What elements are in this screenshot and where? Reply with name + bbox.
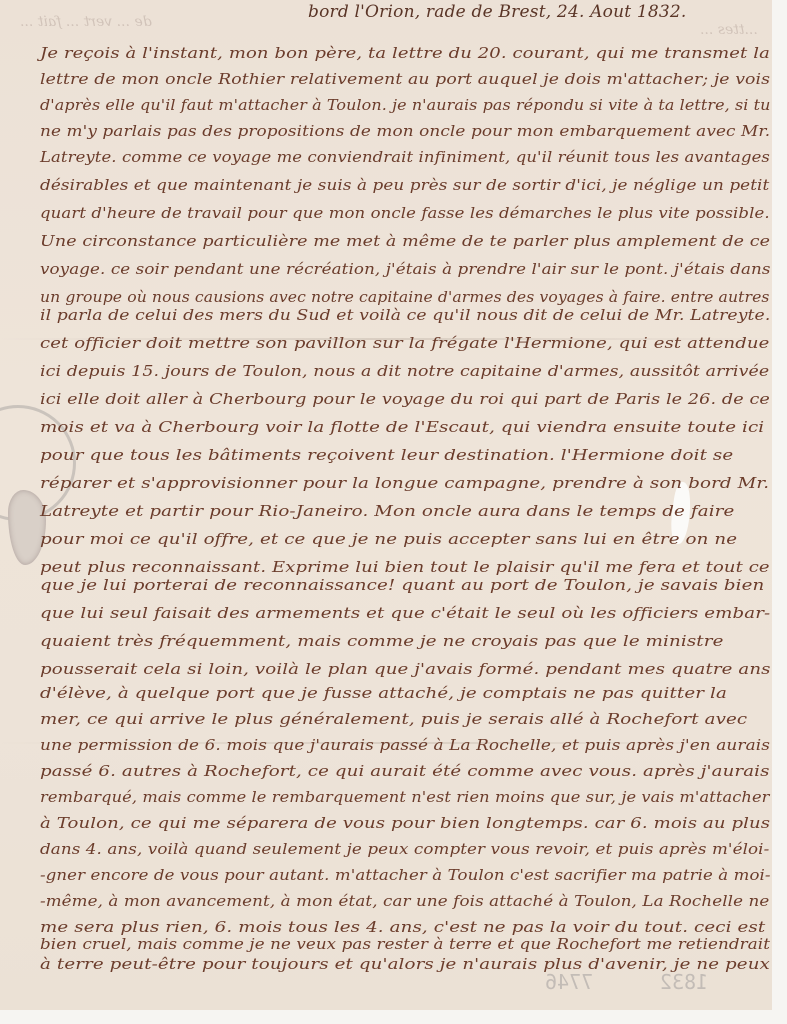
letter-line: il parla de celui des mers du Sud et voi… [40, 306, 770, 324]
letter-line: que lui seul faisait des armements et qu… [40, 604, 770, 622]
letter-line: ici elle doit aller à Cherbourg pour le … [40, 390, 770, 408]
ink-bleed-through: de ... vert ... fait ... [20, 14, 152, 30]
catalog-mark-bleed: 7746 [545, 970, 593, 994]
letter-heading-date-place: bord l'Orion, rade de Brest, 24. Aout 18… [308, 2, 687, 22]
letter-line: que je lui porterai de reconnaissance! q… [40, 576, 764, 594]
letter-line: pour moi ce qu'il offre, et ce que je ne… [40, 530, 737, 548]
letter-line: pousserait cela si loin, voilà le plan q… [40, 660, 771, 678]
letter-line: Je reçois à l'instant, mon bon père, ta … [40, 44, 770, 62]
letter-line: peut plus reconnaissant. Exprime lui bie… [40, 558, 770, 576]
letter-line: me sera plus rien, 6. mois tous les 4. a… [40, 918, 765, 936]
letter-line: quaient très fréquemment, mais comme je … [40, 632, 723, 650]
letter-line: quart d'heure de travail pour que mon on… [40, 204, 770, 222]
scan-background-right [772, 0, 787, 1024]
letter-line: d'élève, à quelque port que je fusse att… [40, 684, 727, 702]
letter-page: de ... vert ... fait ... ...ttes ... bor… [0, 0, 772, 1010]
letter-line: Une circonstance particulière me met à m… [40, 232, 770, 250]
letter-line: voyage. ce soir pendant une récréation, … [40, 260, 771, 278]
letter-line: passé 6. autres à Rochefort, ce qui aura… [40, 762, 770, 780]
letter-line: une permission de 6. mois que j'aurais p… [40, 736, 770, 754]
ink-bleed-through: ...ttes ... [700, 22, 758, 38]
catalog-mark-bleed: 1832 [660, 970, 708, 994]
letter-line: -gner encore de vous pour autant. m'atta… [40, 866, 771, 884]
letter-line: -même, à mon avancement, à mon état, car… [40, 892, 769, 910]
letter-line: réparer et s'approvisionner pour la long… [40, 474, 769, 492]
letter-line: cet officier doit mettre son pavillon su… [40, 334, 769, 352]
letter-line: à Toulon, ce qui me séparera de vous pou… [40, 814, 770, 832]
letter-line: rembarqué, mais comme le rembarquement n… [40, 788, 769, 806]
letter-line: mois et va à Cherbourg voir la flotte de… [40, 418, 764, 436]
letter-line: Latreyte et partir pour Rio-Janeiro. Mon… [40, 502, 734, 520]
letter-line: ici depuis 15. jours de Toulon, nous a d… [40, 362, 769, 380]
letter-line: dans 4. ans, voilà quand seulement je pe… [40, 840, 769, 858]
scan-background-bottom [0, 1010, 787, 1024]
letter-line: bien cruel, mais comme je ne veux pas re… [40, 935, 770, 953]
letter-line: lettre de mon oncle Rothier relativement… [40, 70, 770, 88]
letter-line: d'après elle qu'il faut m'attacher à Tou… [40, 96, 771, 114]
letter-line: ne m'y parlais pas des propositions de m… [40, 122, 770, 140]
letter-line: mer, ce qui arrive le plus généralement,… [40, 710, 747, 728]
letter-line: Latreyte. comme ce voyage me conviendrai… [40, 148, 770, 166]
letter-line: désirables et que maintenant je suis à p… [40, 176, 769, 194]
letter-line: pour que tous les bâtiments reçoivent le… [40, 446, 733, 464]
letter-line: un groupe où nous causions avec notre ca… [40, 288, 770, 306]
